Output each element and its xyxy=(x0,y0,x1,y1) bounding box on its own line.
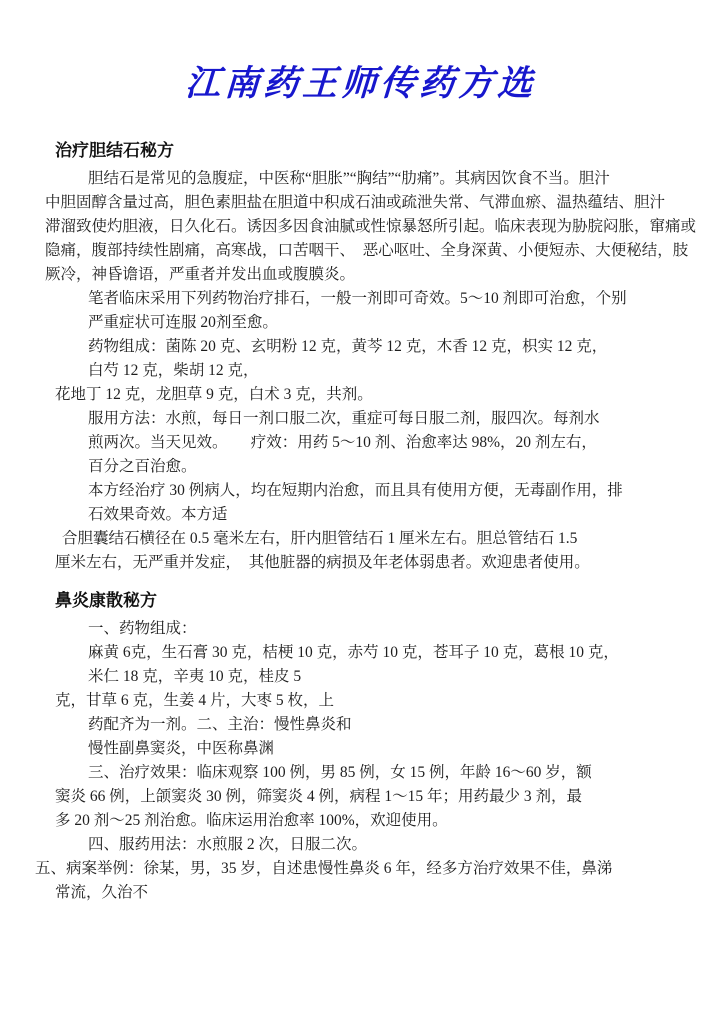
document-title: 江南药王师传药方选 xyxy=(0,56,722,106)
text-line: 煎两次。当天见效。 疗效：用药 5～10 剂、治愈率达 98%，20 剂左右， xyxy=(88,431,704,455)
text-line: 百分之百治愈。 xyxy=(88,455,704,479)
text-line: 厥冷，神昏谵语，严重者并发出血或腹膜炎。 xyxy=(45,263,704,287)
text-line: 中胆固醇含量过高，胆色素胆盐在胆道中积成石油或疏泄失常、气滞血瘀、温热蕴结、胆汁 xyxy=(45,191,704,215)
text-line: 米仁 18 克，辛夷 10 克，桂皮 5 xyxy=(88,665,704,689)
text-line: 窦炎 66 例，上颌窦炎 30 例，筛窦炎 4 例，病程 1～15 年；用药最少… xyxy=(55,785,704,809)
text-line: 常流，久治不 xyxy=(55,881,704,905)
section-heading: 治疗胆结石秘方 xyxy=(55,138,704,164)
text-line: 厘米左右，无严重并发症， 其他脏器的病损及年老体弱患者。欢迎患者使用。 xyxy=(55,551,704,575)
text-line: 隐痛，腹部持续性剧痛，高寒战，口苦咽干、 恶心呕吐、全身深黄、小便短赤、大便秘结… xyxy=(45,239,704,263)
text-line: 慢性副鼻窦炎，中医称鼻渊 xyxy=(88,737,704,761)
text-line: 一、药物组成： xyxy=(88,617,704,641)
recipe-section: 治疗胆结石秘方胆结石是常见的急腹症，中医称“胆胀”“胸结”“肋痛”。其病因饮食不… xyxy=(55,138,704,575)
text-line: 三、治疗效果：临床观察 100 例，男 85 例，女 15 例，年龄 16～60… xyxy=(88,761,704,785)
document-page: 江南药王师传药方选 治疗胆结石秘方胆结石是常见的急腹症，中医称“胆胀”“胸结”“… xyxy=(0,0,722,1024)
text-line: 严重症状可连服 20剂至愈。 xyxy=(88,311,704,335)
document-body: 治疗胆结石秘方胆结石是常见的急腹症，中医称“胆胀”“胸结”“肋痛”。其病因饮食不… xyxy=(55,138,704,905)
text-line: 麻黄 6克，生石膏 30 克，桔梗 10 克，赤芍 10 克，苍耳子 10 克，… xyxy=(88,641,704,665)
recipe-section: 鼻炎康散秘方一、药物组成：麻黄 6克，生石膏 30 克，桔梗 10 克，赤芍 1… xyxy=(55,588,704,905)
text-line: 克，甘草 6 克，生姜 4 片，大枣 5 枚，上 xyxy=(55,689,704,713)
text-line: 花地丁 12 克，龙胆草 9 克，白术 3 克，共剂。 xyxy=(55,383,704,407)
text-line: 多 20 剂～25 剂治愈。临床运用治愈率 100%，欢迎使用。 xyxy=(55,809,704,833)
text-line: 笔者临床采用下列药物治疗排石，一般一剂即可奇效。5～10 剂即可治愈，个别 xyxy=(88,287,704,311)
text-line: 滞溜致使灼胆液，日久化石。诱因多因食油腻或性惊暴怒所引起。临床表现为胁脘闷胀，窜… xyxy=(45,215,704,239)
text-line: 服用方法：水煎，每日一剂口服二次，重症可每日服二剂，服四次。每剂水 xyxy=(88,407,704,431)
section-heading: 鼻炎康散秘方 xyxy=(55,588,704,614)
text-line: 药配齐为一剂。二、主治：慢性鼻炎和 xyxy=(88,713,704,737)
text-line: 药物组成：菌陈 20 克、玄明粉 12 克，黄芩 12 克，木香 12 克，枳实… xyxy=(88,335,704,359)
text-line: 合胆囊结石横径在 0.5 毫米左右，肝内胆管结石 1 厘米左右。胆总管结石 1.… xyxy=(62,527,704,551)
text-line: 白芍 12 克，柴胡 12 克， xyxy=(88,359,704,383)
text-line: 石效果奇效。本方适 xyxy=(88,503,704,527)
text-line: 胆结石是常见的急腹症，中医称“胆胀”“胸结”“肋痛”。其病因饮食不当。胆汁 xyxy=(88,167,704,191)
text-line: 本方经治疗 30 例病人，均在短期内治愈，而且具有使用方便，无毒副作用，排 xyxy=(88,479,704,503)
text-line: 四、服药用法：水煎服 2 次，日服二次。 xyxy=(88,833,704,857)
text-line: 五、病案举例：徐某，男，35 岁，自述患慢性鼻炎 6 年，经多方治疗效果不佳，鼻… xyxy=(35,857,704,881)
